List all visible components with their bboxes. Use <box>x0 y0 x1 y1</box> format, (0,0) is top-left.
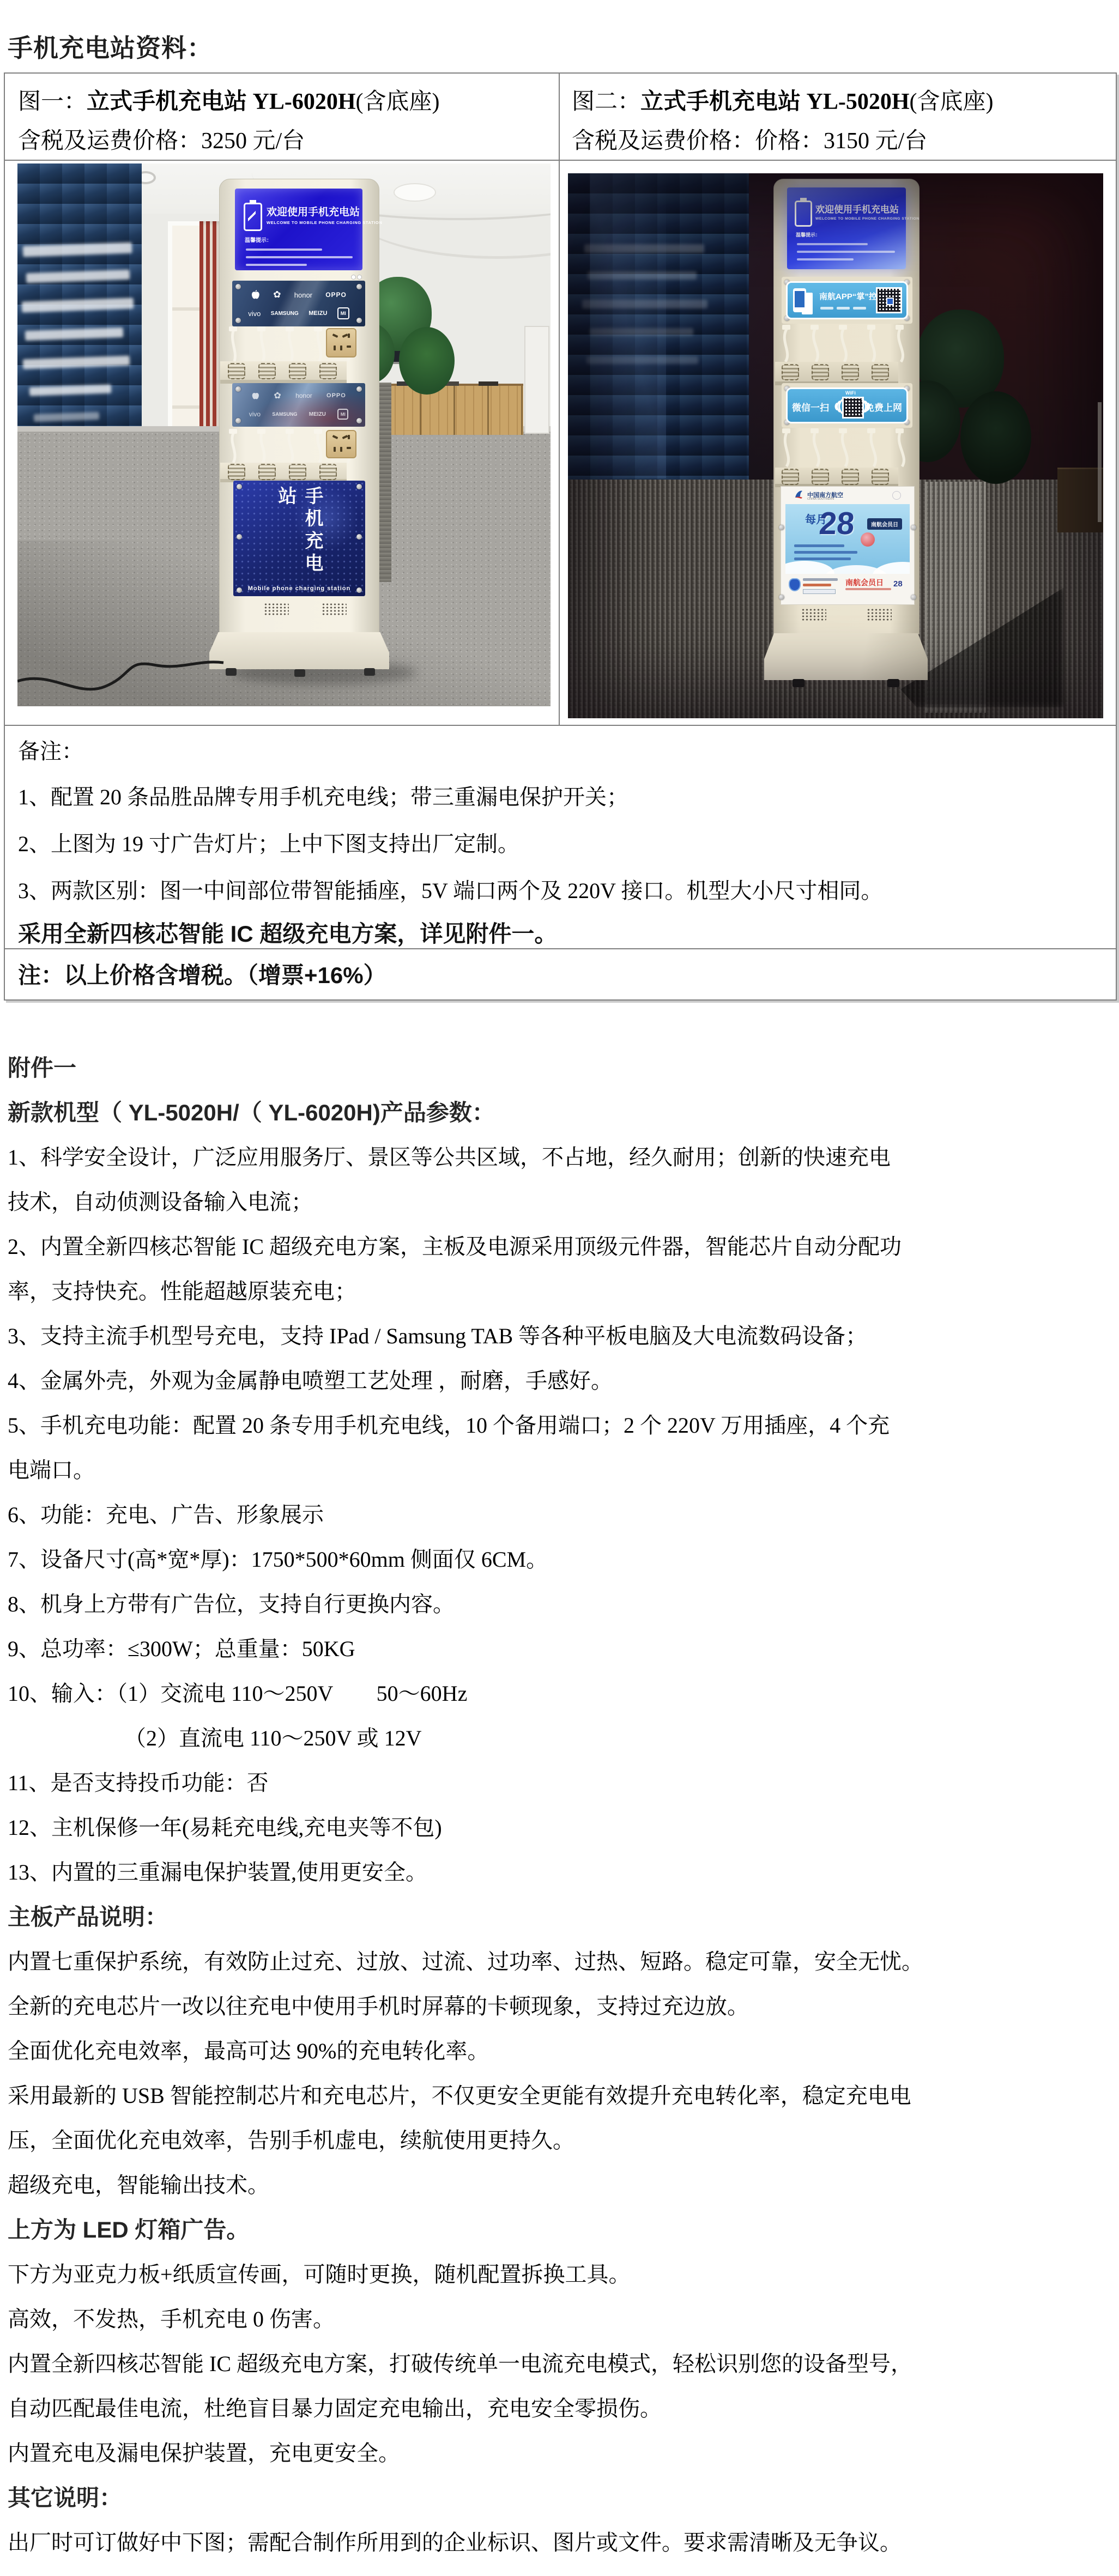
note-bold-line: 采用全新四核芯智能 IC 超级充电方案，详见附件一。 <box>18 916 557 949</box>
poster-vertical-title: 手机充电站 <box>273 486 326 582</box>
screen-title: 欢迎使用手机充电站 <box>815 202 899 215</box>
charging-cables <box>773 428 918 468</box>
photo-yl5020h: 欢迎使用手机充电站 WELCOME TO MOBILE PHONE CHARGI… <box>568 173 1103 718</box>
white-cabinet <box>524 326 549 434</box>
poster-big-number: 28 <box>818 505 856 542</box>
table-col-divider <box>559 74 560 725</box>
poster-text-blur <box>586 356 698 364</box>
brand-mi: MI <box>337 307 349 319</box>
plant-foliage <box>399 327 455 395</box>
phone-slot-icon <box>228 363 245 379</box>
mainboard-heading: 主板产品说明： <box>8 1895 1111 1939</box>
ceiling-lamp-icon <box>394 183 436 202</box>
phone-graphic <box>793 288 806 312</box>
screen-subtitle: WELCOME TO MOBILE PHONE CHARGING STATION <box>267 220 382 225</box>
poster-english-title: Mobile phone charging station <box>248 585 351 592</box>
param-line: 2、内置全新四核芯智能 IC 超级充电方案，主板及电源采用顶级元件器，智能芯片自… <box>8 1225 1111 1269</box>
smart-socket <box>326 328 356 357</box>
poster-text-blur <box>588 271 697 280</box>
screw-icon <box>356 587 362 593</box>
welcome-screen: 欢迎使用手机充电站 WELCOME TO MOBILE PHONE CHARGI… <box>787 187 906 269</box>
cloud-graphic <box>785 561 834 574</box>
banner1-subline <box>820 307 833 310</box>
brand-honor: honor <box>295 392 312 399</box>
wifi-banner-left: 微信一扫 <box>792 400 829 414</box>
notes-label: 备注： <box>18 734 83 765</box>
param-line: 率，支持快充。性能超越原装充电； <box>8 1269 1111 1314</box>
banner1-subline <box>837 307 850 310</box>
brand-oppo: OPPO <box>326 392 346 399</box>
kiosk-base <box>209 632 389 669</box>
note-item-2: 2、上图为 19 寸广告灯片；上中下图支持出厂定制。 <box>18 827 519 858</box>
brand-panel-1: ✿ honor OPPO vivo SAMSUNG MEIZU MI <box>232 281 365 326</box>
charging-cables <box>773 325 918 363</box>
mainboard-line: 超级充电，智能输出技术。 <box>8 2163 1111 2208</box>
phone-slot-icon <box>319 363 337 379</box>
battery-bolt <box>248 209 256 223</box>
mainboard-line: 采用最新的 USB 智能控制芯片和充电芯片，不仅更安全更能有效提升充电转化率，稳… <box>8 2074 1111 2118</box>
fig2-base: (含底座) <box>910 89 994 114</box>
tip-line <box>246 248 322 251</box>
brand-row-2: vivo SAMSUNG MEIZU MI <box>232 306 365 321</box>
attachment-heading: 附件一 <box>8 1046 1111 1090</box>
base-foot <box>793 679 805 687</box>
param-line: 电端口。 <box>8 1448 1111 1493</box>
plant-foliage <box>960 391 1031 484</box>
battery-icon <box>244 203 262 231</box>
base-foot <box>887 679 899 687</box>
param-line: 1、科学安全设计，广泛应用服务厅、景区等公共区域，不占地，经久耐用；创新的快速充… <box>8 1135 1111 1180</box>
screw-icon <box>911 595 916 600</box>
shield-icon <box>789 578 801 591</box>
poster-text-blur <box>22 298 134 312</box>
phone-slot-icon <box>782 469 799 485</box>
spec-table: 图一：立式手机充电站 YL-6020H(含底座) 含税及运费价格：3250 元/… <box>4 72 1117 1001</box>
qr-code-icon <box>876 287 902 313</box>
tip-line <box>246 264 307 266</box>
poster-text-line <box>794 544 844 547</box>
phone-slot-icon <box>258 363 276 379</box>
fig1-prefix: 图一： <box>18 89 87 114</box>
poster-stamp <box>892 491 901 500</box>
huawei-icon: ✿ <box>273 289 281 300</box>
ad-panel: 微信一扫 WiFi 免费上网 <box>782 383 912 428</box>
screen-tip: 温馨提示： <box>245 235 272 244</box>
screw-icon <box>356 534 362 540</box>
wifi-banner: 微信一扫 WiFi 免费上网 <box>786 387 908 423</box>
param-line: 7、设备尺寸(高*宽*厚)：1750*500*60mm 侧面仅 6CM。 <box>8 1537 1111 1582</box>
poster-text-blur <box>23 356 130 369</box>
poster-airline-en: CHINA SOUTHERN <box>807 498 834 501</box>
screen-subtitle: WELCOME TO MOBILE PHONE CHARGING STATION <box>815 217 920 221</box>
poster-text-blur <box>584 244 704 253</box>
page-title: 手机充电站资料： <box>8 28 213 64</box>
base-foot <box>364 668 375 676</box>
tip-line <box>797 258 854 260</box>
others-line: 出厂时可订做好中下图；需配合制作所用到的企业标识、图片或文件。要求需清晰及无争议… <box>8 2520 1111 2565</box>
smart-socket <box>326 430 356 458</box>
apple-icon <box>251 289 260 300</box>
footer-text-line <box>803 584 831 586</box>
brand-honor: honor <box>294 291 312 299</box>
wifi-banner-right: 免费上网 <box>865 400 902 414</box>
kiosk-base <box>764 633 928 680</box>
brand-panel-2: ✿ honor OPPO vivo SAMSUNG MEIZU MI <box>232 383 365 427</box>
param-line: 9、总功率：≤300W；总重量：50KG <box>8 1627 1111 1671</box>
brand-meizu: MEIZU <box>309 411 326 417</box>
screw-icon <box>237 484 242 489</box>
param-line: 13、内置的三重漏电保护装置,使用更安全。 <box>8 1850 1111 1895</box>
phone-slot-icon <box>289 363 306 379</box>
poster-text-blur <box>23 243 132 257</box>
cell-fig1-title: 图一：立式手机充电站 YL-6020H(含底座) <box>18 83 440 116</box>
brand-mi: MI <box>337 409 348 420</box>
phone-slot-icon <box>812 364 829 380</box>
param-line: 10、输入：（1）交流电 110～250V 50～60Hz <box>8 1671 1111 1716</box>
speaker-grille-icon <box>322 603 347 616</box>
poster-text-blur <box>590 328 693 336</box>
phone-shelf <box>775 468 898 487</box>
wifi-label: WiFi <box>845 390 856 396</box>
param-line: 技术，自动侦测设备输入电流； <box>8 1180 1111 1225</box>
phone-slot-icon <box>258 464 276 480</box>
tax-note: 注：以上价格含增税。（增票+16%） <box>18 957 386 990</box>
fig2-prefix: 图二： <box>572 89 640 114</box>
galaxy-wall-poster <box>568 173 749 480</box>
param-line: 4、金属外壳，外观为金属静电喷塑工艺处理 ，耐磨，手感好。 <box>8 1359 1111 1403</box>
base-foot <box>294 669 305 677</box>
dark-cabinets <box>1057 468 1103 532</box>
battery-cap <box>250 200 256 203</box>
screw-icon <box>356 484 362 489</box>
mascot-graphic <box>861 532 875 547</box>
apple-icon <box>251 391 259 401</box>
ad-panel: 南航APP“掌”控出行 <box>782 277 912 324</box>
light-slit <box>1098 402 1102 522</box>
welcome-screen: 欢迎使用手机充电站 WELCOME TO MOBILE PHONE CHARGI… <box>235 189 362 270</box>
brand-samsung: SAMSUNG <box>271 311 299 317</box>
mainboard-line: 全新的充电芯片一改以往充电中使用手机时屏幕的卡顿现象，支持过充边放。 <box>8 1984 1111 2029</box>
brand-oppo: OPPO <box>325 291 347 299</box>
phone-shelf <box>220 463 347 482</box>
note-item-3: 3、两款区别：图一中间部位带智能插座，5V 端口两个及 220V 接口。机型大小… <box>18 874 882 905</box>
poster-text-blur <box>25 328 124 341</box>
footer-text-line <box>845 588 891 590</box>
photo-yl6020h: 欢迎使用手机充电站 WELCOME TO MOBILE PHONE CHARGI… <box>17 163 551 706</box>
phone-slot-icon <box>228 464 245 480</box>
phone-slot-icon <box>842 469 859 485</box>
mainboard-line: 压，全面优化充电效率，告别手机虚电，续航使用更持久。 <box>8 2118 1111 2163</box>
cell-fig2-price: 含税及运费价格：价格：3150 元/台 <box>572 123 927 155</box>
china-southern-logo <box>794 490 804 500</box>
mainboard-line: 内置七重保护系统，有效防止过充、过放、过流、过功率、过热、短路。稳定可靠，安全无… <box>8 1939 1111 1984</box>
banner1-subline <box>853 307 866 310</box>
attachment-body: 附件一 新款机型（ YL-5020H/（ YL-6020H)产品参数： 1、科学… <box>8 1046 1111 2565</box>
param-line-indented: （2）直流电 110～250V 或 12V <box>8 1716 1111 1761</box>
cloud-graphic <box>873 562 910 574</box>
led-line: 高效，不发热，手机充电 0 伤害。 <box>8 2297 1111 2342</box>
param-line: 11、是否支持投币功能：否 <box>8 1761 1111 1805</box>
speaker-grille-icon <box>801 608 826 621</box>
screw-icon <box>779 595 784 600</box>
poster-streak <box>590 173 666 478</box>
document-page: 手机充电站资料： 图一：立式手机充电站 YL-6020H(含底座) 含税及运费价… <box>0 0 1119 2576</box>
param-line: 5、手机充电功能：配置 20 条专用手机充电线，10 个备用端口；2 个 220… <box>8 1403 1111 1448</box>
base-foot <box>226 668 237 676</box>
phone-slot-icon <box>319 464 337 480</box>
poster-text-blur <box>582 300 707 308</box>
csair-poster: 中国南方航空 CHINA SOUTHERN 每月 28 南航会员日 <box>781 486 915 605</box>
param-line: 6、功能：充电、广告、形象展示 <box>8 1493 1111 1537</box>
fig1-model: 立式手机充电站 YL-6020H <box>87 89 356 114</box>
phone-slot-icon <box>812 469 829 485</box>
kiosk-poster: 手机充电站 Mobile phone charging station <box>233 481 365 596</box>
footer-28: 28 <box>893 579 903 589</box>
speaker-grille-icon <box>867 608 892 621</box>
footer-search-box <box>803 589 836 594</box>
battery-icon <box>795 201 812 227</box>
mainboard-line: 全面优化充电效率，最高可达 90%的充电转化率。 <box>8 2029 1111 2074</box>
poster-text-blur <box>26 270 130 283</box>
screw-icon <box>237 587 242 593</box>
brand-samsung: SAMSUNG <box>272 411 297 417</box>
screen-tip: 温馨提示： <box>796 231 820 238</box>
fig1-base: (含底座) <box>356 89 440 114</box>
cell-fig1-price: 含税及运费价格：3250 元/台 <box>18 123 305 155</box>
poster-text-blur <box>29 384 111 396</box>
param-line: 8、机身上方带有广告位，支持自行更换内容。 <box>8 1582 1111 1627</box>
led-line: 下方为亚克力板+纸质宣传画，可随时更换，随机配置拆换工具。 <box>8 2252 1111 2297</box>
cabinet-clutter <box>479 381 498 386</box>
phone-slot-icon <box>289 464 306 480</box>
note-item-1: 1、配置 20 条品胜品牌专用手机充电线；带三重漏电保护开关； <box>18 780 628 811</box>
footer-member-day: 南航会员日 <box>845 577 884 588</box>
table-row-divider-2 <box>5 725 1116 726</box>
fig2-model: 立式手机充电站 YL-5020H <box>640 89 910 114</box>
poster-big-prefix: 每月 <box>805 514 817 526</box>
huawei-icon: ✿ <box>274 390 281 401</box>
cell-fig2-title: 图二：立式手机充电站 YL-5020H(含底座) <box>572 83 994 116</box>
wood-cabinets <box>386 384 523 435</box>
phone-shelf <box>775 362 898 385</box>
param-line: 3、支持主流手机型号充电，支持 IPad / Samsung TAB 等各种平板… <box>8 1314 1111 1359</box>
screen-title: 欢迎使用手机充电站 <box>267 204 360 219</box>
screw-icon <box>779 525 784 530</box>
poster-blue-area: 每月 28 南航会员日 <box>785 504 910 574</box>
poster-ribbon: 南航会员日 <box>867 518 902 530</box>
csair-app-banner: 南航APP“掌”控出行 <box>786 281 908 319</box>
battery-cap <box>800 198 807 201</box>
phone-slot-icon <box>842 364 859 380</box>
product-params-heading: 新款机型（ YL-5020H/（ YL-6020H)产品参数： <box>8 1090 1111 1135</box>
brand-vivo: vivo <box>249 410 261 418</box>
indicator-dot <box>357 275 362 280</box>
brand-row-1: ✿ honor OPPO <box>232 287 365 302</box>
phone-slot-icon <box>872 364 889 380</box>
tip-line <box>797 251 895 253</box>
phone-slot-icon <box>782 364 799 380</box>
brand-meizu: MEIZU <box>309 310 327 317</box>
poster-text-line <box>794 551 857 554</box>
footer-text-line <box>803 578 838 581</box>
poster-text-blur <box>34 412 99 422</box>
table-row-divider-1 <box>5 160 1116 161</box>
brand-row-1-dup: ✿ honor OPPO <box>232 389 365 403</box>
screw-icon <box>911 525 916 530</box>
brand-vivo: vivo <box>248 310 261 318</box>
brand-row-2-dup: vivo SAMSUNG MEIZU MI <box>232 407 365 421</box>
led-line: 内置全新四核芯智能 IC 超级充电方案，打破传统单一电流充电模式，轻松识别您的设… <box>8 2342 1111 2386</box>
led-line: 自动匹配最佳电流，杜绝盲目暴力固定充电输出，充电安全零损伤。 <box>8 2386 1111 2431</box>
phone-shelf <box>220 361 347 384</box>
tip-line <box>246 256 353 258</box>
floor-cable <box>17 648 225 703</box>
led-line: 内置充电及漏电保护装置，充电更安全。 <box>8 2431 1111 2476</box>
screw-icon <box>237 534 242 540</box>
led-heading: 上方为 LED 灯箱广告。 <box>8 2208 1111 2252</box>
poster-text-line <box>794 557 851 560</box>
others-heading: 其它说明： <box>8 2476 1111 2520</box>
phone-slot-icon <box>872 469 889 485</box>
phone-screen <box>795 291 805 307</box>
tip-line <box>797 243 868 245</box>
indicator-dot <box>351 275 356 280</box>
speaker-grille-icon <box>264 603 289 616</box>
param-line: 12、主机保修一年(易耗充电线,充电夹等不包) <box>8 1805 1111 1850</box>
